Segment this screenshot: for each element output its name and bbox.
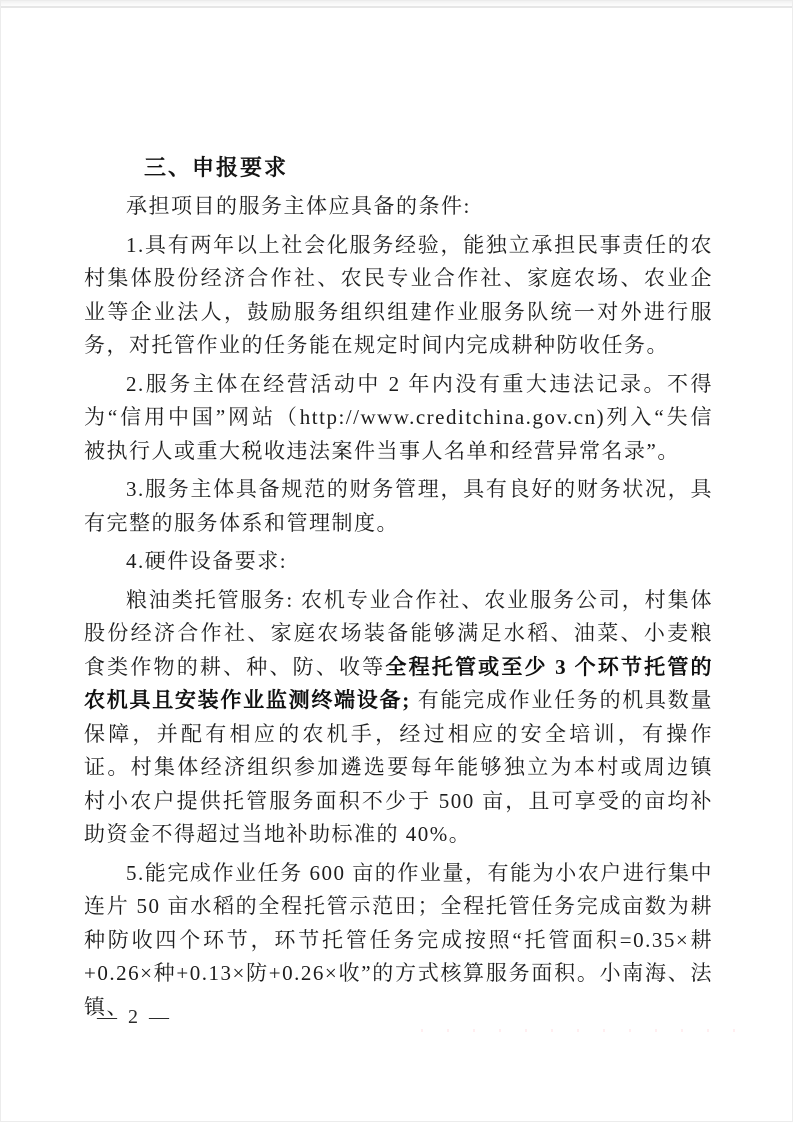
paragraph-4: 3.服务主体具备规范的财务管理，具有良好的财务状况，具有完整的服务体系和管理制度… <box>84 473 713 540</box>
text-segment: 1.具有两年以上社会化服务经验，能独立承担民事责任的农村集体股份经济合作社、农民… <box>84 233 713 358</box>
text-segment: 2.服务主体在经营活动中 2 年内没有重大违法记录。不得为“信用中国”网站（ht… <box>84 372 713 463</box>
text-segment: 5.能完成作业任务 600 亩的作业量，有能为小农户进行集中连片 50 亩水稻的… <box>84 861 713 1019</box>
paragraph-3: 2.服务主体在经营活动中 2 年内没有重大违法记录。不得为“信用中国”网站（ht… <box>84 368 713 469</box>
paragraph-7: 5.能完成作业任务 600 亩的作业量，有能为小农户进行集中连片 50 亩水稻的… <box>84 857 713 1025</box>
page-number: — 2 — <box>97 1006 172 1029</box>
paragraph-6: 粮油类托管服务: 农机专业合作社、农业服务公司，村集体股份经济合作社、家庭农场装… <box>84 584 713 852</box>
document-page: 三、申报要求 承担项目的服务主体应具备的条件:1.具有两年以上社会化服务经验，能… <box>0 0 793 1122</box>
text-segment: 3.服务主体具备规范的财务管理，具有良好的财务状况，具有完整的服务体系和管理制度… <box>84 477 713 535</box>
paragraphs-container: 承担项目的服务主体应具备的条件:1.具有两年以上社会化服务经验，能独立承担民事责… <box>84 190 713 1024</box>
paragraph-5: 4.硬件设备要求: <box>84 545 713 579</box>
paragraph-2: 1.具有两年以上社会化服务经验，能独立承担民事责任的农村集体股份经济合作社、农民… <box>84 229 713 363</box>
paragraph-1: 承担项目的服务主体应具备的条件: <box>84 190 713 224</box>
text-segment: 4.硬件设备要求: <box>126 549 287 573</box>
scanner-noise-artifact <box>421 1029 751 1032</box>
document-content: 三、申报要求 承担项目的服务主体应具备的条件:1.具有两年以上社会化服务经验，能… <box>84 151 713 1029</box>
text-segment: 承担项目的服务主体应具备的条件: <box>126 194 471 218</box>
section-heading: 三、申报要求 <box>84 151 713 184</box>
scan-edge-artifact <box>1 1 792 8</box>
